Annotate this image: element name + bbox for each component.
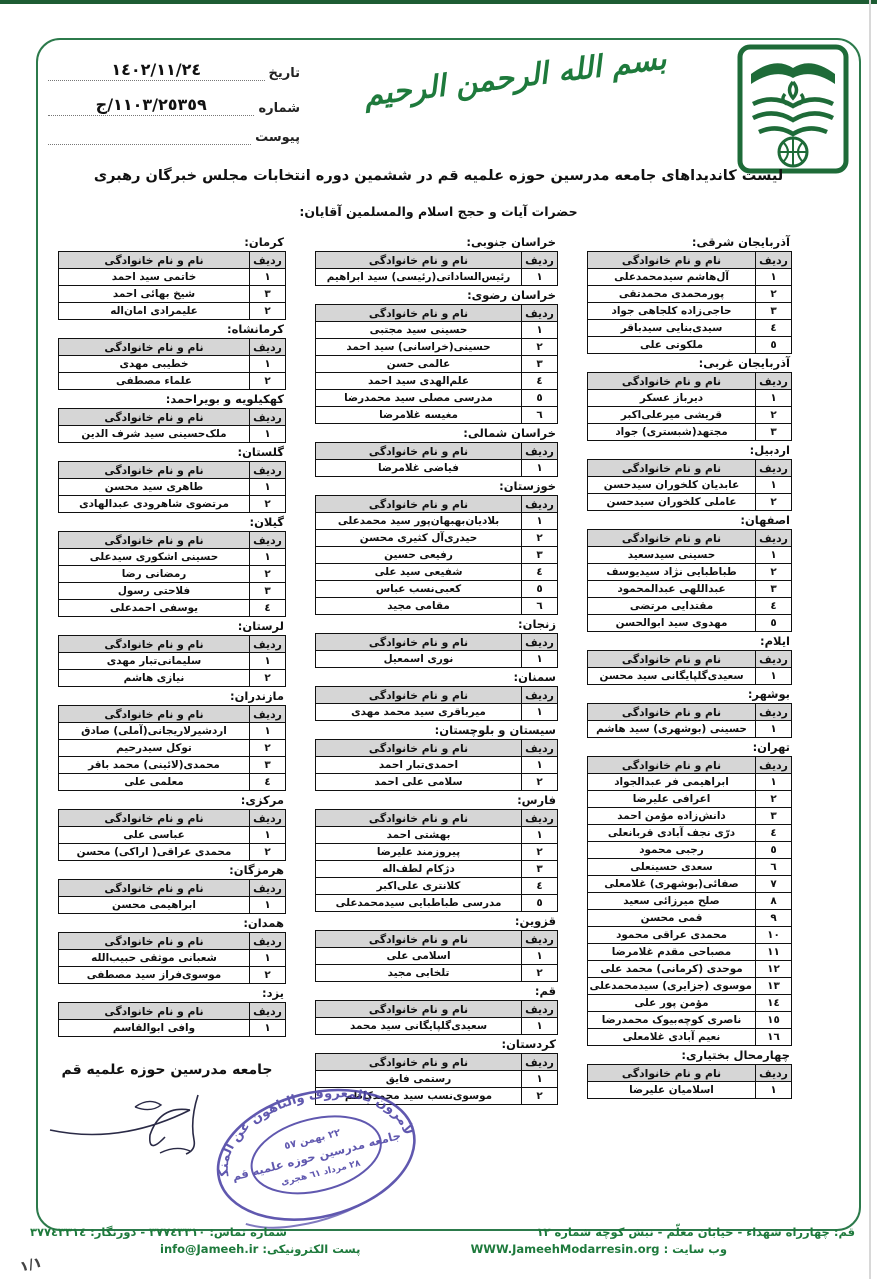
candidate-table: ردیفنام و نام خانوادگی١سعیدی‌گلپایگانی س… bbox=[587, 650, 792, 685]
province-title: سمنان: bbox=[315, 670, 556, 684]
row-number-cell: ٣ bbox=[522, 547, 558, 564]
row-number-cell: ١ bbox=[250, 827, 286, 844]
column-header-row: ردیف bbox=[250, 409, 286, 426]
province-title: خراسان جنوبی: bbox=[315, 235, 556, 249]
table-row: ١سعیدی‌گلپایگانی سید محسن bbox=[588, 668, 792, 685]
candidate-name-cell: رئیس‌الساداتی(رئیسی) سید ابراهیم bbox=[316, 269, 522, 286]
candidate-table: ردیفنام و نام خانوادگی١ابراهیمی فر عبدال… bbox=[587, 756, 792, 1046]
row-number-cell: ١٤ bbox=[756, 995, 792, 1012]
column-header-row: ردیف bbox=[522, 810, 558, 827]
row-number-cell: ٩ bbox=[756, 910, 792, 927]
table-row: ١سلیمانی‌تبار مهدی bbox=[59, 653, 286, 670]
date-value: ١٤٠٢/١١/٢٤ bbox=[111, 60, 201, 79]
province-title: فارس: bbox=[315, 793, 556, 807]
footer-website: وب سایت : WWW.JameehModarresin.org bbox=[471, 1242, 727, 1256]
table-row: ٤سیدی‌بنایی سیدباقر bbox=[588, 320, 792, 337]
row-number-cell: ٥ bbox=[522, 581, 558, 598]
province-title: تهران: bbox=[587, 740, 790, 754]
table-row: ١بهشتی احمد bbox=[316, 827, 558, 844]
row-number-cell: ١ bbox=[522, 757, 558, 774]
attachment-value bbox=[48, 143, 251, 145]
candidate-name-cell: قمی محسن bbox=[588, 910, 756, 927]
candidate-name-cell: احمدی‌تبار احمد bbox=[316, 757, 522, 774]
row-number-cell: ١ bbox=[756, 269, 792, 286]
candidate-name-cell: سلامی علی احمد bbox=[316, 774, 522, 791]
table-row: ١احمدی‌تبار احمد bbox=[316, 757, 558, 774]
row-number-cell: ٣ bbox=[522, 861, 558, 878]
table-row: ٢توکل سیدرحیم bbox=[59, 740, 286, 757]
row-number-cell: ٥ bbox=[756, 615, 792, 632]
candidate-name-cell: نعیم آبادی غلامعلی bbox=[588, 1029, 756, 1046]
date-label: تاریخ bbox=[269, 66, 301, 81]
candidate-name-cell: محمدی(لائینی) محمد باقر bbox=[59, 757, 250, 774]
footer-email: پست الکترونیکی: info@Jameeh.ir bbox=[160, 1242, 360, 1256]
column-header-name: نام و نام خانوادگی bbox=[588, 704, 756, 721]
table-row: ١بلادیان‌بهبهان‌پور سید محمدعلی bbox=[316, 513, 558, 530]
column-header-row: ردیف bbox=[522, 634, 558, 651]
candidate-name-cell: پورمحمدی محمدتقی bbox=[588, 286, 756, 303]
table-row: ١٣موسوی (جزایری) سیدمحمدعلی bbox=[588, 978, 792, 995]
row-number-cell: ٢ bbox=[756, 407, 792, 424]
row-number-cell: ٢ bbox=[522, 1088, 558, 1105]
candidate-name-cell: آل‌هاشم سیدمحمدعلی bbox=[588, 269, 756, 286]
row-number-cell: ٢ bbox=[250, 496, 286, 513]
candidate-name-cell: حسینی سید مجتبی bbox=[316, 322, 522, 339]
candidate-name-cell: فلاحتی رسول bbox=[59, 583, 250, 600]
column-header-name: نام و نام خانوادگی bbox=[316, 740, 522, 757]
table-row: ٢رمضانی رضا bbox=[59, 566, 286, 583]
row-number-cell: ٢ bbox=[522, 530, 558, 547]
candidate-name-cell: موسوی (جزایری) سیدمحمدعلی bbox=[588, 978, 756, 995]
column-header-name: نام و نام خانوادگی bbox=[588, 1065, 756, 1082]
row-number-cell: ٤ bbox=[756, 598, 792, 615]
candidate-table: ردیفنام و نام خانوادگی١حسینی اشکوری سیدع… bbox=[58, 531, 286, 617]
row-number-cell: ١ bbox=[522, 948, 558, 965]
column-header-row: ردیف bbox=[250, 810, 286, 827]
province-title: آذربایجان شرقی: bbox=[587, 235, 790, 249]
row-number-cell: ١ bbox=[756, 721, 792, 738]
table-row: ٤یوسفی احمدعلی bbox=[59, 600, 286, 617]
table-row: ١٤مؤمن پور علی bbox=[588, 995, 792, 1012]
candidate-table: ردیفنام و نام خانوادگی١ملک‌حسینی سید شرف… bbox=[58, 408, 286, 443]
row-number-cell: ٢ bbox=[522, 965, 558, 982]
candidate-name-cell: صلح میرزائی سعید bbox=[588, 893, 756, 910]
candidate-name-cell: دیرباز عسکر bbox=[588, 390, 756, 407]
candidate-name-cell: اسلامی علی bbox=[316, 948, 522, 965]
column-header-row: ردیف bbox=[756, 460, 792, 477]
candidate-name-cell: خاتمی سید احمد bbox=[59, 269, 250, 286]
table-row: ١اسلامی علی bbox=[316, 948, 558, 965]
province-title: گلستان: bbox=[58, 445, 284, 459]
table-row: ١١مصباحی مقدم غلامرضا bbox=[588, 944, 792, 961]
row-number-cell: ٤ bbox=[756, 825, 792, 842]
table-row: ١ابراهیمی محسن bbox=[59, 897, 286, 914]
candidate-name-cell: قریشی میرعلی‌اکبر bbox=[588, 407, 756, 424]
row-number-cell: ١ bbox=[522, 513, 558, 530]
row-number-cell: ١ bbox=[250, 549, 286, 566]
candidate-name-cell: مجتهد(شبستری) جواد bbox=[588, 424, 756, 441]
document-page: { "letterhead": { "date_label": "تاریخ",… bbox=[0, 0, 877, 1279]
province-column-1: خراسان جنوبی:ردیفنام و نام خانوادگی١رئیس… bbox=[315, 233, 558, 1105]
candidate-table: ردیفنام و نام خانوادگی١بهشتی احمد٢پیروزم… bbox=[315, 809, 558, 912]
table-row: ١خاتمی سید احمد bbox=[59, 269, 286, 286]
row-number-cell: ١ bbox=[250, 426, 286, 443]
row-number-cell: ١ bbox=[250, 723, 286, 740]
candidate-name-cell: صفائی(بوشهری) غلامعلی bbox=[588, 876, 756, 893]
row-number-cell: ١ bbox=[756, 1082, 792, 1099]
bismillah-text: بسم الله الرحمن الرحیم bbox=[362, 42, 668, 114]
candidate-name-cell: حسینی سیدسعید bbox=[588, 547, 756, 564]
province-title: کهکیلویه و بویراحمد: bbox=[58, 392, 284, 406]
province-columns: آذربایجان شرقی:ردیفنام و نام خانوادگی١آل… bbox=[58, 233, 792, 1105]
table-row: ٢حیدری‌آل کثیری محسن bbox=[316, 530, 558, 547]
table-row: ١نوری اسمعیل bbox=[316, 651, 558, 668]
table-row: ٤علم‌الهدی سید احمد bbox=[316, 373, 558, 390]
table-row: ٥مهدوی سید ابوالحسن bbox=[588, 615, 792, 632]
candidate-name-cell: یوسفی احمدعلی bbox=[59, 600, 250, 617]
table-row: ٣محمدی(لائینی) محمد باقر bbox=[59, 757, 286, 774]
candidate-name-cell: طباطبایی نژاد سیدیوسف bbox=[588, 564, 756, 581]
candidate-name-cell: مقامی مجید bbox=[316, 598, 522, 615]
column-header-name: نام و نام خانوادگی bbox=[316, 443, 522, 460]
table-row: ٩قمی محسن bbox=[588, 910, 792, 927]
table-row: ١حسینی (بوشهری) سید هاشم bbox=[588, 721, 792, 738]
candidate-name-cell: توکل سیدرحیم bbox=[59, 740, 250, 757]
candidate-name-cell: طاهری سید محسن bbox=[59, 479, 250, 496]
column-header-row: ردیف bbox=[522, 687, 558, 704]
candidate-name-cell: پیروزمند علیرضا bbox=[316, 844, 522, 861]
candidate-name-cell: ناصری کوچه‌بیوک محمدرضا bbox=[588, 1012, 756, 1029]
table-row: ٤مقتدایی مرتضی bbox=[588, 598, 792, 615]
table-row: ٥رجبی محمود bbox=[588, 842, 792, 859]
province-title: لرستان: bbox=[58, 619, 284, 633]
row-number-cell: ٣ bbox=[250, 583, 286, 600]
table-row: ٣عالمی حسن bbox=[316, 356, 558, 373]
table-row: ٢علیمرادی امان‌اله bbox=[59, 303, 286, 320]
candidate-name-cell: مدرسی مصلی سید محمدرضا bbox=[316, 390, 522, 407]
candidate-table: ردیفنام و نام خانوادگی١دیرباز عسکر٢قریشی… bbox=[587, 372, 792, 441]
column-header-row: ردیف bbox=[756, 704, 792, 721]
row-number-cell: ٣ bbox=[250, 757, 286, 774]
row-number-cell: ٢ bbox=[250, 373, 286, 390]
column-header-row: ردیف bbox=[522, 1001, 558, 1018]
row-number-cell: ١٣ bbox=[756, 978, 792, 995]
column-header-name: نام و نام خانوادگی bbox=[588, 460, 756, 477]
column-header-name: نام و نام خانوادگی bbox=[316, 634, 522, 651]
table-row: ٢سلامی علی احمد bbox=[316, 774, 558, 791]
row-number-cell: ٢ bbox=[250, 303, 286, 320]
row-number-cell: ١ bbox=[756, 547, 792, 564]
number-label: شماره bbox=[258, 101, 300, 116]
row-number-cell: ١ bbox=[522, 704, 558, 721]
column-header-row: ردیف bbox=[522, 496, 558, 513]
footer-email-address[interactable]: info@Jameeh.ir bbox=[160, 1242, 258, 1256]
column-header-name: نام و نام خانوادگی bbox=[316, 305, 522, 322]
column-header-name: نام و نام خانوادگی bbox=[588, 530, 756, 547]
candidate-name-cell: عباسی علی bbox=[59, 827, 250, 844]
candidate-name-cell: شعبانی موثقی حبیب‌الله bbox=[59, 950, 250, 967]
row-number-cell: ١ bbox=[522, 460, 558, 477]
candidate-table: ردیفنام و نام خانوادگی١وافی ابوالقاسم bbox=[58, 1002, 286, 1037]
province-column-0: آذربایجان شرقی:ردیفنام و نام خانوادگی١آل… bbox=[587, 233, 792, 1105]
table-row: ٢مرتضوی شاهرودی عبدالهادی bbox=[59, 496, 286, 513]
row-number-cell: ٥ bbox=[522, 390, 558, 407]
table-row: ١٥ناصری کوچه‌بیوک محمدرضا bbox=[588, 1012, 792, 1029]
candidate-table: ردیفنام و نام خانوادگی١بلادیان‌بهبهان‌پو… bbox=[315, 495, 558, 615]
row-number-cell: ٤ bbox=[250, 600, 286, 617]
column-header-row: ردیف bbox=[522, 1054, 558, 1071]
row-number-cell: ١ bbox=[250, 653, 286, 670]
candidate-table: ردیفنام و نام خانوادگی١آل‌هاشم سیدمحمدعل… bbox=[587, 251, 792, 354]
row-number-cell: ٧ bbox=[756, 876, 792, 893]
table-row: ٢عاملی کلخوران سیدحسن bbox=[588, 494, 792, 511]
candidate-table: ردیفنام و نام خانوادگی١میرباقری سید محمد… bbox=[315, 686, 558, 721]
candidate-name-cell: دانش‌زاده مؤمن احمد bbox=[588, 808, 756, 825]
row-number-cell: ٣ bbox=[756, 581, 792, 598]
candidate-name-cell: اردشیرلاریجانی(آملی) صادق bbox=[59, 723, 250, 740]
column-header-name: نام و نام خانوادگی bbox=[588, 373, 756, 390]
row-number-cell: ٣ bbox=[756, 303, 792, 320]
row-number-cell: ١ bbox=[522, 651, 558, 668]
candidate-name-cell: مغیسه غلامرضا bbox=[316, 407, 522, 424]
footer-email-label: پست الکترونیکی: bbox=[262, 1242, 360, 1256]
candidate-name-cell: حسینی (بوشهری) سید هاشم bbox=[588, 721, 756, 738]
row-number-cell: ٦ bbox=[522, 407, 558, 424]
column-header-row: ردیف bbox=[522, 305, 558, 322]
number-value: ج/١١٠٣/٢٥٣٥٩ bbox=[96, 95, 207, 114]
table-row: ٥ملکوتی علی bbox=[588, 337, 792, 354]
table-row: ٣حاجی‌زاده کلجاهی جواد bbox=[588, 303, 792, 320]
candidate-name-cell: عبداللهی عبدالمحمود bbox=[588, 581, 756, 598]
table-row: ٢اعرافی علیرضا bbox=[588, 791, 792, 808]
row-number-cell: ٤ bbox=[522, 878, 558, 895]
candidate-name-cell: مهدوی سید ابوالحسن bbox=[588, 615, 756, 632]
table-row: ٧صفائی(بوشهری) غلامعلی bbox=[588, 876, 792, 893]
column-header-row: ردیف bbox=[756, 1065, 792, 1082]
row-number-cell: ٥ bbox=[756, 842, 792, 859]
row-number-cell: ٥ bbox=[756, 337, 792, 354]
column-header-name: نام و نام خانوادگی bbox=[316, 810, 522, 827]
candidate-name-cell: حیدری‌آل کثیری محسن bbox=[316, 530, 522, 547]
province-title: بوشهر: bbox=[587, 687, 790, 701]
province-title: چهارمحال بختیاری: bbox=[587, 1048, 790, 1062]
row-number-cell: ٤ bbox=[522, 564, 558, 581]
table-row: ٢طباطبایی نژاد سیدیوسف bbox=[588, 564, 792, 581]
table-row: ٤کلانتری علی‌اکبر bbox=[316, 878, 558, 895]
scan-top-edge bbox=[0, 0, 877, 4]
table-row: ١دیرباز عسکر bbox=[588, 390, 792, 407]
row-number-cell: ٤ bbox=[250, 774, 286, 791]
candidate-table: ردیفنام و نام خانوادگی١رئیس‌الساداتی(رئی… bbox=[315, 251, 558, 286]
row-number-cell: ١١ bbox=[756, 944, 792, 961]
candidate-name-cell: عاملی کلخوران سیدحسن bbox=[588, 494, 756, 511]
row-number-cell: ١ bbox=[250, 950, 286, 967]
column-header-row: ردیف bbox=[756, 530, 792, 547]
candidate-table: ردیفنام و نام خانوادگی١حسینی (بوشهری) سی… bbox=[587, 703, 792, 738]
table-row: ٣رفیعی حسین bbox=[316, 547, 558, 564]
candidate-name-cell: بهشتی احمد bbox=[316, 827, 522, 844]
table-row: ٣شیخ بهائی احمد bbox=[59, 286, 286, 303]
row-number-cell: ١٦ bbox=[756, 1029, 792, 1046]
table-row: ٣دانش‌زاده مؤمن احمد bbox=[588, 808, 792, 825]
table-row: ٢تلخابی مجید bbox=[316, 965, 558, 982]
row-number-cell: ٢ bbox=[250, 967, 286, 984]
column-header-row: ردیف bbox=[250, 532, 286, 549]
province-title: یزد: bbox=[58, 986, 284, 1000]
row-number-cell: ١ bbox=[756, 774, 792, 791]
candidate-name-cell: فیاضی غلامرضا bbox=[316, 460, 522, 477]
row-number-cell: ١ bbox=[250, 356, 286, 373]
candidate-name-cell: علم‌الهدی سید احمد bbox=[316, 373, 522, 390]
row-number-cell: ١ bbox=[522, 1018, 558, 1035]
column-header-name: نام و نام خانوادگی bbox=[59, 339, 250, 356]
column-header-row: ردیف bbox=[250, 339, 286, 356]
row-number-cell: ١ bbox=[250, 479, 286, 496]
organization-logo bbox=[737, 44, 849, 174]
row-number-cell: ٢ bbox=[250, 844, 286, 861]
candidate-name-cell: بلادیان‌بهبهان‌پور سید محمدعلی bbox=[316, 513, 522, 530]
table-row: ١٦نعیم آبادی غلامعلی bbox=[588, 1029, 792, 1046]
row-number-cell: ١ bbox=[756, 668, 792, 685]
candidate-name-cell: کعبی‌نسب عباس bbox=[316, 581, 522, 598]
table-row: ٢پیروزمند علیرضا bbox=[316, 844, 558, 861]
row-number-cell: ٣ bbox=[756, 424, 792, 441]
candidate-name-cell: سیدی‌بنایی سیدباقر bbox=[588, 320, 756, 337]
table-row: ١فیاضی غلامرضا bbox=[316, 460, 558, 477]
province-title: کردستان: bbox=[315, 1037, 556, 1051]
table-row: ٣فلاحتی رسول bbox=[59, 583, 286, 600]
column-header-row: ردیف bbox=[250, 1003, 286, 1020]
province-title: همدان: bbox=[58, 916, 284, 930]
row-number-cell: ٣ bbox=[522, 356, 558, 373]
column-header-row: ردیف bbox=[756, 373, 792, 390]
province-title: زنجان: bbox=[315, 617, 556, 631]
candidate-table: ردیفنام و نام خانوادگی١سلیمانی‌تبار مهدی… bbox=[58, 635, 286, 687]
table-row: ١میرباقری سید محمد مهدی bbox=[316, 704, 558, 721]
province-title: خوزستان: bbox=[315, 479, 556, 493]
column-header-row: ردیف bbox=[250, 706, 286, 723]
candidate-table: ردیفنام و نام خانوادگی١فیاضی غلامرضا bbox=[315, 442, 558, 477]
table-row: ٣عبداللهی عبدالمحمود bbox=[588, 581, 792, 598]
candidate-name-cell: دژکام لطف‌اله bbox=[316, 861, 522, 878]
candidate-name-cell: نیازی هاشم bbox=[59, 670, 250, 687]
page-subtitle: حضرات آیات و حجج اسلام والمسلمین آقایان: bbox=[60, 204, 817, 219]
candidate-name-cell: اسلامیان علیرضا bbox=[588, 1082, 756, 1099]
column-header-name: نام و نام خانوادگی bbox=[59, 933, 250, 950]
candidate-name-cell: سعیدی‌گلپایگانی سید محمد bbox=[316, 1018, 522, 1035]
province-title: آذربایجان غربی: bbox=[587, 356, 790, 370]
candidate-table: ردیفنام و نام خانوادگی١حسینی سید مجتبی٢ح… bbox=[315, 304, 558, 424]
column-header-name: نام و نام خانوادگی bbox=[59, 706, 250, 723]
table-row: ٤شفیعی سید علی bbox=[316, 564, 558, 581]
row-number-cell: ٢ bbox=[522, 339, 558, 356]
table-row: ١خطیبی مهدی bbox=[59, 356, 286, 373]
province-title: هرمزگان: bbox=[58, 863, 284, 877]
candidate-table: ردیفنام و نام خانوادگی١ابراهیمی محسن bbox=[58, 879, 286, 914]
emblem-icon bbox=[737, 44, 849, 174]
province-title: سیستان و بلوچستان: bbox=[315, 723, 556, 737]
column-header-name: نام و نام خانوادگی bbox=[59, 252, 250, 269]
table-row: ٢محمدی عراقی( اراکی) محسن bbox=[59, 844, 286, 861]
row-number-cell: ١ bbox=[756, 477, 792, 494]
table-row: ٢حسینی(خراسانی) سید احمد bbox=[316, 339, 558, 356]
column-header-name: نام و نام خانوادگی bbox=[59, 1003, 250, 1020]
row-number-cell: ٣ bbox=[250, 286, 286, 303]
province-column-2: کرمان:ردیفنام و نام خانوادگی١خاتمی سید ا… bbox=[58, 233, 286, 1105]
candidate-name-cell: عالمی حسن bbox=[316, 356, 522, 373]
table-row: ٣دژکام لطف‌اله bbox=[316, 861, 558, 878]
table-row: ٣مجتهد(شبستری) جواد bbox=[588, 424, 792, 441]
footer-website-label: وب سایت : bbox=[664, 1242, 727, 1256]
row-number-cell: ١ bbox=[250, 269, 286, 286]
candidate-name-cell: شفیعی سید علی bbox=[316, 564, 522, 581]
column-header-row: ردیف bbox=[756, 651, 792, 668]
row-number-cell: ٦ bbox=[756, 859, 792, 876]
row-number-cell: ١ bbox=[250, 1020, 286, 1037]
column-header-row: ردیف bbox=[522, 252, 558, 269]
candidate-table: ردیفنام و نام خانوادگی١سعیدی‌گلپایگانی س… bbox=[315, 1000, 558, 1035]
table-row: ١رئیس‌الساداتی(رئیسی) سید ابراهیم bbox=[316, 269, 558, 286]
table-row: ٢موسوی‌فراز سید مصطفی bbox=[59, 967, 286, 984]
province-title: مرکزی: bbox=[58, 793, 284, 807]
column-header-row: ردیف bbox=[250, 252, 286, 269]
candidate-name-cell: اعرافی علیرضا bbox=[588, 791, 756, 808]
row-number-cell: ١ bbox=[522, 269, 558, 286]
table-row: ٥مدرسی طباطبایی سیدمحمدعلی bbox=[316, 895, 558, 912]
candidate-name-cell: عابدیان کلخوران سیدحسن bbox=[588, 477, 756, 494]
table-row: ٥کعبی‌نسب عباس bbox=[316, 581, 558, 598]
candidate-name-cell: ملک‌حسینی سید شرف الدین bbox=[59, 426, 250, 443]
province-title: اصفهان: bbox=[587, 513, 790, 527]
footer-website-url[interactable]: WWW.JameehModarresin.org bbox=[471, 1242, 660, 1256]
province-title: خراسان شمالی: bbox=[315, 426, 556, 440]
row-number-cell: ١٠ bbox=[756, 927, 792, 944]
table-row: ٦سعدی حسینعلی bbox=[588, 859, 792, 876]
table-row: ٢علماء مصطفی bbox=[59, 373, 286, 390]
column-header-name: نام و نام خانوادگی bbox=[59, 409, 250, 426]
table-row: ٦مغیسه غلامرضا bbox=[316, 407, 558, 424]
column-header-name: نام و نام خانوادگی bbox=[59, 532, 250, 549]
candidate-name-cell: رفیعی حسین bbox=[316, 547, 522, 564]
province-title: قزوین: bbox=[315, 914, 556, 928]
candidate-name-cell: نوری اسمعیل bbox=[316, 651, 522, 668]
column-header-name: نام و نام خانوادگی bbox=[59, 810, 250, 827]
province-title: خراسان رضوی: bbox=[315, 288, 556, 302]
candidate-name-cell: مؤمن پور علی bbox=[588, 995, 756, 1012]
row-number-cell: ٢ bbox=[756, 564, 792, 581]
candidate-name-cell: مقتدایی مرتضی bbox=[588, 598, 756, 615]
candidate-table: ردیفنام و نام خانوادگی١طاهری سید محسن٢مر… bbox=[58, 461, 286, 513]
column-header-row: ردیف bbox=[250, 636, 286, 653]
column-header-name: نام و نام خانوادگی bbox=[588, 651, 756, 668]
column-header-name: نام و نام خانوادگی bbox=[316, 931, 522, 948]
candidate-name-cell: حسینی(خراسانی) سید احمد bbox=[316, 339, 522, 356]
candidate-name-cell: علیمرادی امان‌اله bbox=[59, 303, 250, 320]
province-title: اردبیل: bbox=[587, 443, 790, 457]
candidate-name-cell: موسوی‌فراز سید مصطفی bbox=[59, 967, 250, 984]
table-row: ٨صلح میرزائی سعید bbox=[588, 893, 792, 910]
candidate-table: ردیفنام و نام خانوادگی١اسلامی علی٢تلخابی… bbox=[315, 930, 558, 982]
candidate-name-cell: محمدی عراقی( اراکی) محسن bbox=[59, 844, 250, 861]
column-header-name: نام و نام خانوادگی bbox=[316, 496, 522, 513]
candidate-name-cell: رجبی محمود bbox=[588, 842, 756, 859]
candidate-name-cell: مصباحی مقدم غلامرضا bbox=[588, 944, 756, 961]
table-row: ٤درّی نجف آبادی قربانعلی bbox=[588, 825, 792, 842]
row-number-cell: ١٢ bbox=[756, 961, 792, 978]
table-row: ١حسینی اشکوری سیدعلی bbox=[59, 549, 286, 566]
table-row: ٢قریشی میرعلی‌اکبر bbox=[588, 407, 792, 424]
candidate-name-cell: وافی ابوالقاسم bbox=[59, 1020, 250, 1037]
